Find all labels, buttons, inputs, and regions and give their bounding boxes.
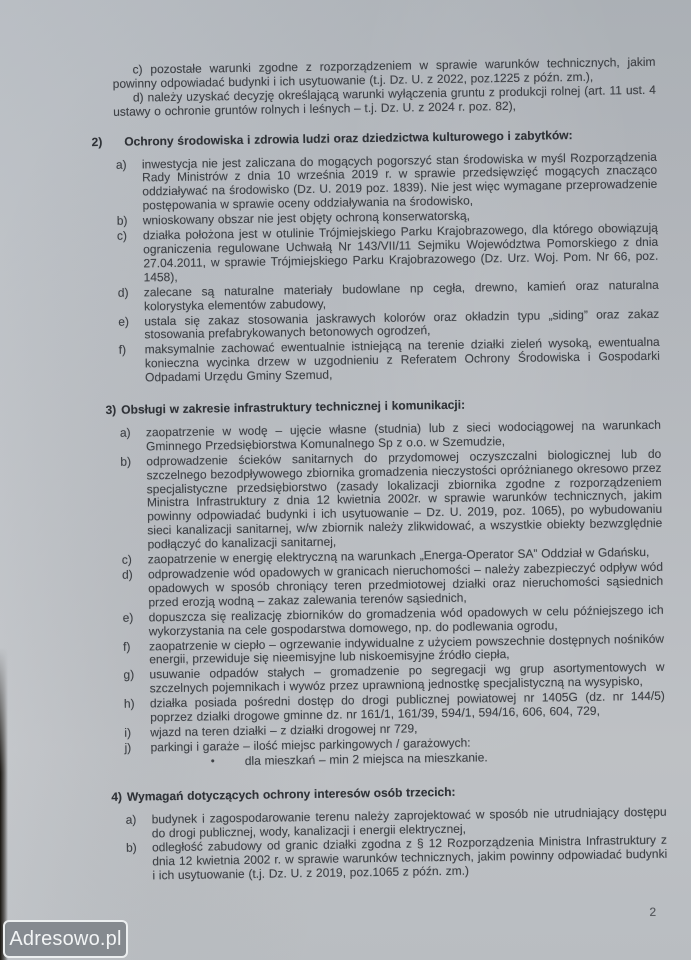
section-number: 4) bbox=[111, 790, 122, 804]
section-number: 3) bbox=[105, 404, 116, 418]
item-label: b) bbox=[117, 215, 143, 229]
list-item: b)odprowadzenie ścieków sanitarnych do p… bbox=[120, 447, 662, 552]
item-label: j) bbox=[124, 741, 150, 755]
item-label: f) bbox=[123, 640, 149, 668]
section-environment: 2) Ochrony środowiska i zdrowia ludzi or… bbox=[113, 127, 660, 385]
item-label: e) bbox=[118, 315, 144, 343]
page-number: 2 bbox=[125, 906, 656, 928]
item-label: e) bbox=[123, 611, 149, 639]
item-text: inwestycja nie jest zaliczana do mogącyc… bbox=[142, 150, 658, 213]
item-text: odprowadzenie wód opadowych w granicach … bbox=[148, 561, 664, 610]
section-title: Ochrony środowiska i zdrowia ludzi oraz … bbox=[124, 127, 656, 149]
section-heading: 3) Obsługi w zakresie infrastruktury tec… bbox=[117, 396, 660, 418]
item-label: b) bbox=[120, 455, 147, 553]
section-title: Wymagań dotyczących ochrony interesów os… bbox=[127, 782, 666, 804]
item-label: a) bbox=[126, 813, 152, 841]
section-heading: 2) Ochrony środowiska i zdrowia ludzi or… bbox=[113, 127, 656, 149]
item-label: d) bbox=[122, 568, 149, 610]
document-photo: c) pozostałe warunki zgodne z rozporządz… bbox=[0, 0, 691, 960]
list-item: f)maksymalnie zachować ewentualnie istni… bbox=[119, 336, 661, 386]
item-label: d) bbox=[133, 90, 144, 104]
item-label: c) bbox=[122, 553, 148, 567]
intro-item-d: d) należy uzyskać decyzję określającą wa… bbox=[113, 84, 656, 120]
section-infrastructure: 3) Obsługi w zakresie infrastruktury tec… bbox=[117, 396, 665, 771]
section-heading: 4) Wymagań dotyczących ochrony interesów… bbox=[123, 782, 666, 804]
item-label: a) bbox=[120, 426, 146, 454]
item-text: odprowadzenie ścieków sanitarnych do prz… bbox=[146, 447, 662, 552]
item-label: g) bbox=[123, 669, 149, 697]
section-third-parties: 4) Wymagań dotyczących ochrony interesów… bbox=[123, 782, 667, 883]
item-label: h) bbox=[124, 698, 150, 726]
watermark-label: Adresowo.pl bbox=[9, 928, 121, 951]
item-label: b) bbox=[126, 842, 153, 884]
list-item: b)odległość zabudowy od granic działki z… bbox=[126, 834, 668, 884]
watermark-badge: Adresowo.pl bbox=[3, 920, 128, 958]
document-page: c) pozostałe warunki zgodne z rozporządz… bbox=[0, 0, 691, 930]
item-label: f) bbox=[119, 344, 146, 386]
item-text: odległość zabudowy od granic działki zgo… bbox=[152, 834, 668, 883]
section-title: Obsługi w zakresie infrastruktury techni… bbox=[121, 396, 660, 418]
section-number: 2) bbox=[92, 136, 103, 150]
bullet-icon: • bbox=[211, 755, 245, 769]
item-label: a) bbox=[116, 158, 143, 214]
list-item: c)działka położona jest w otulinie Trójm… bbox=[117, 222, 659, 286]
item-label: c) bbox=[132, 62, 142, 76]
intro-paragraphs: c) pozostałe warunki zgodne z rozporządz… bbox=[112, 56, 656, 120]
item-label: d) bbox=[118, 286, 144, 314]
list-item: a)inwestycja nie jest zaliczana do mogąc… bbox=[116, 150, 658, 214]
item-label: i) bbox=[124, 726, 150, 740]
item-label: c) bbox=[117, 229, 144, 285]
item-text: działka położona jest w otulinie Trójmie… bbox=[143, 222, 659, 285]
item-text: maksymalnie zachować ewentualnie istniej… bbox=[145, 336, 661, 385]
